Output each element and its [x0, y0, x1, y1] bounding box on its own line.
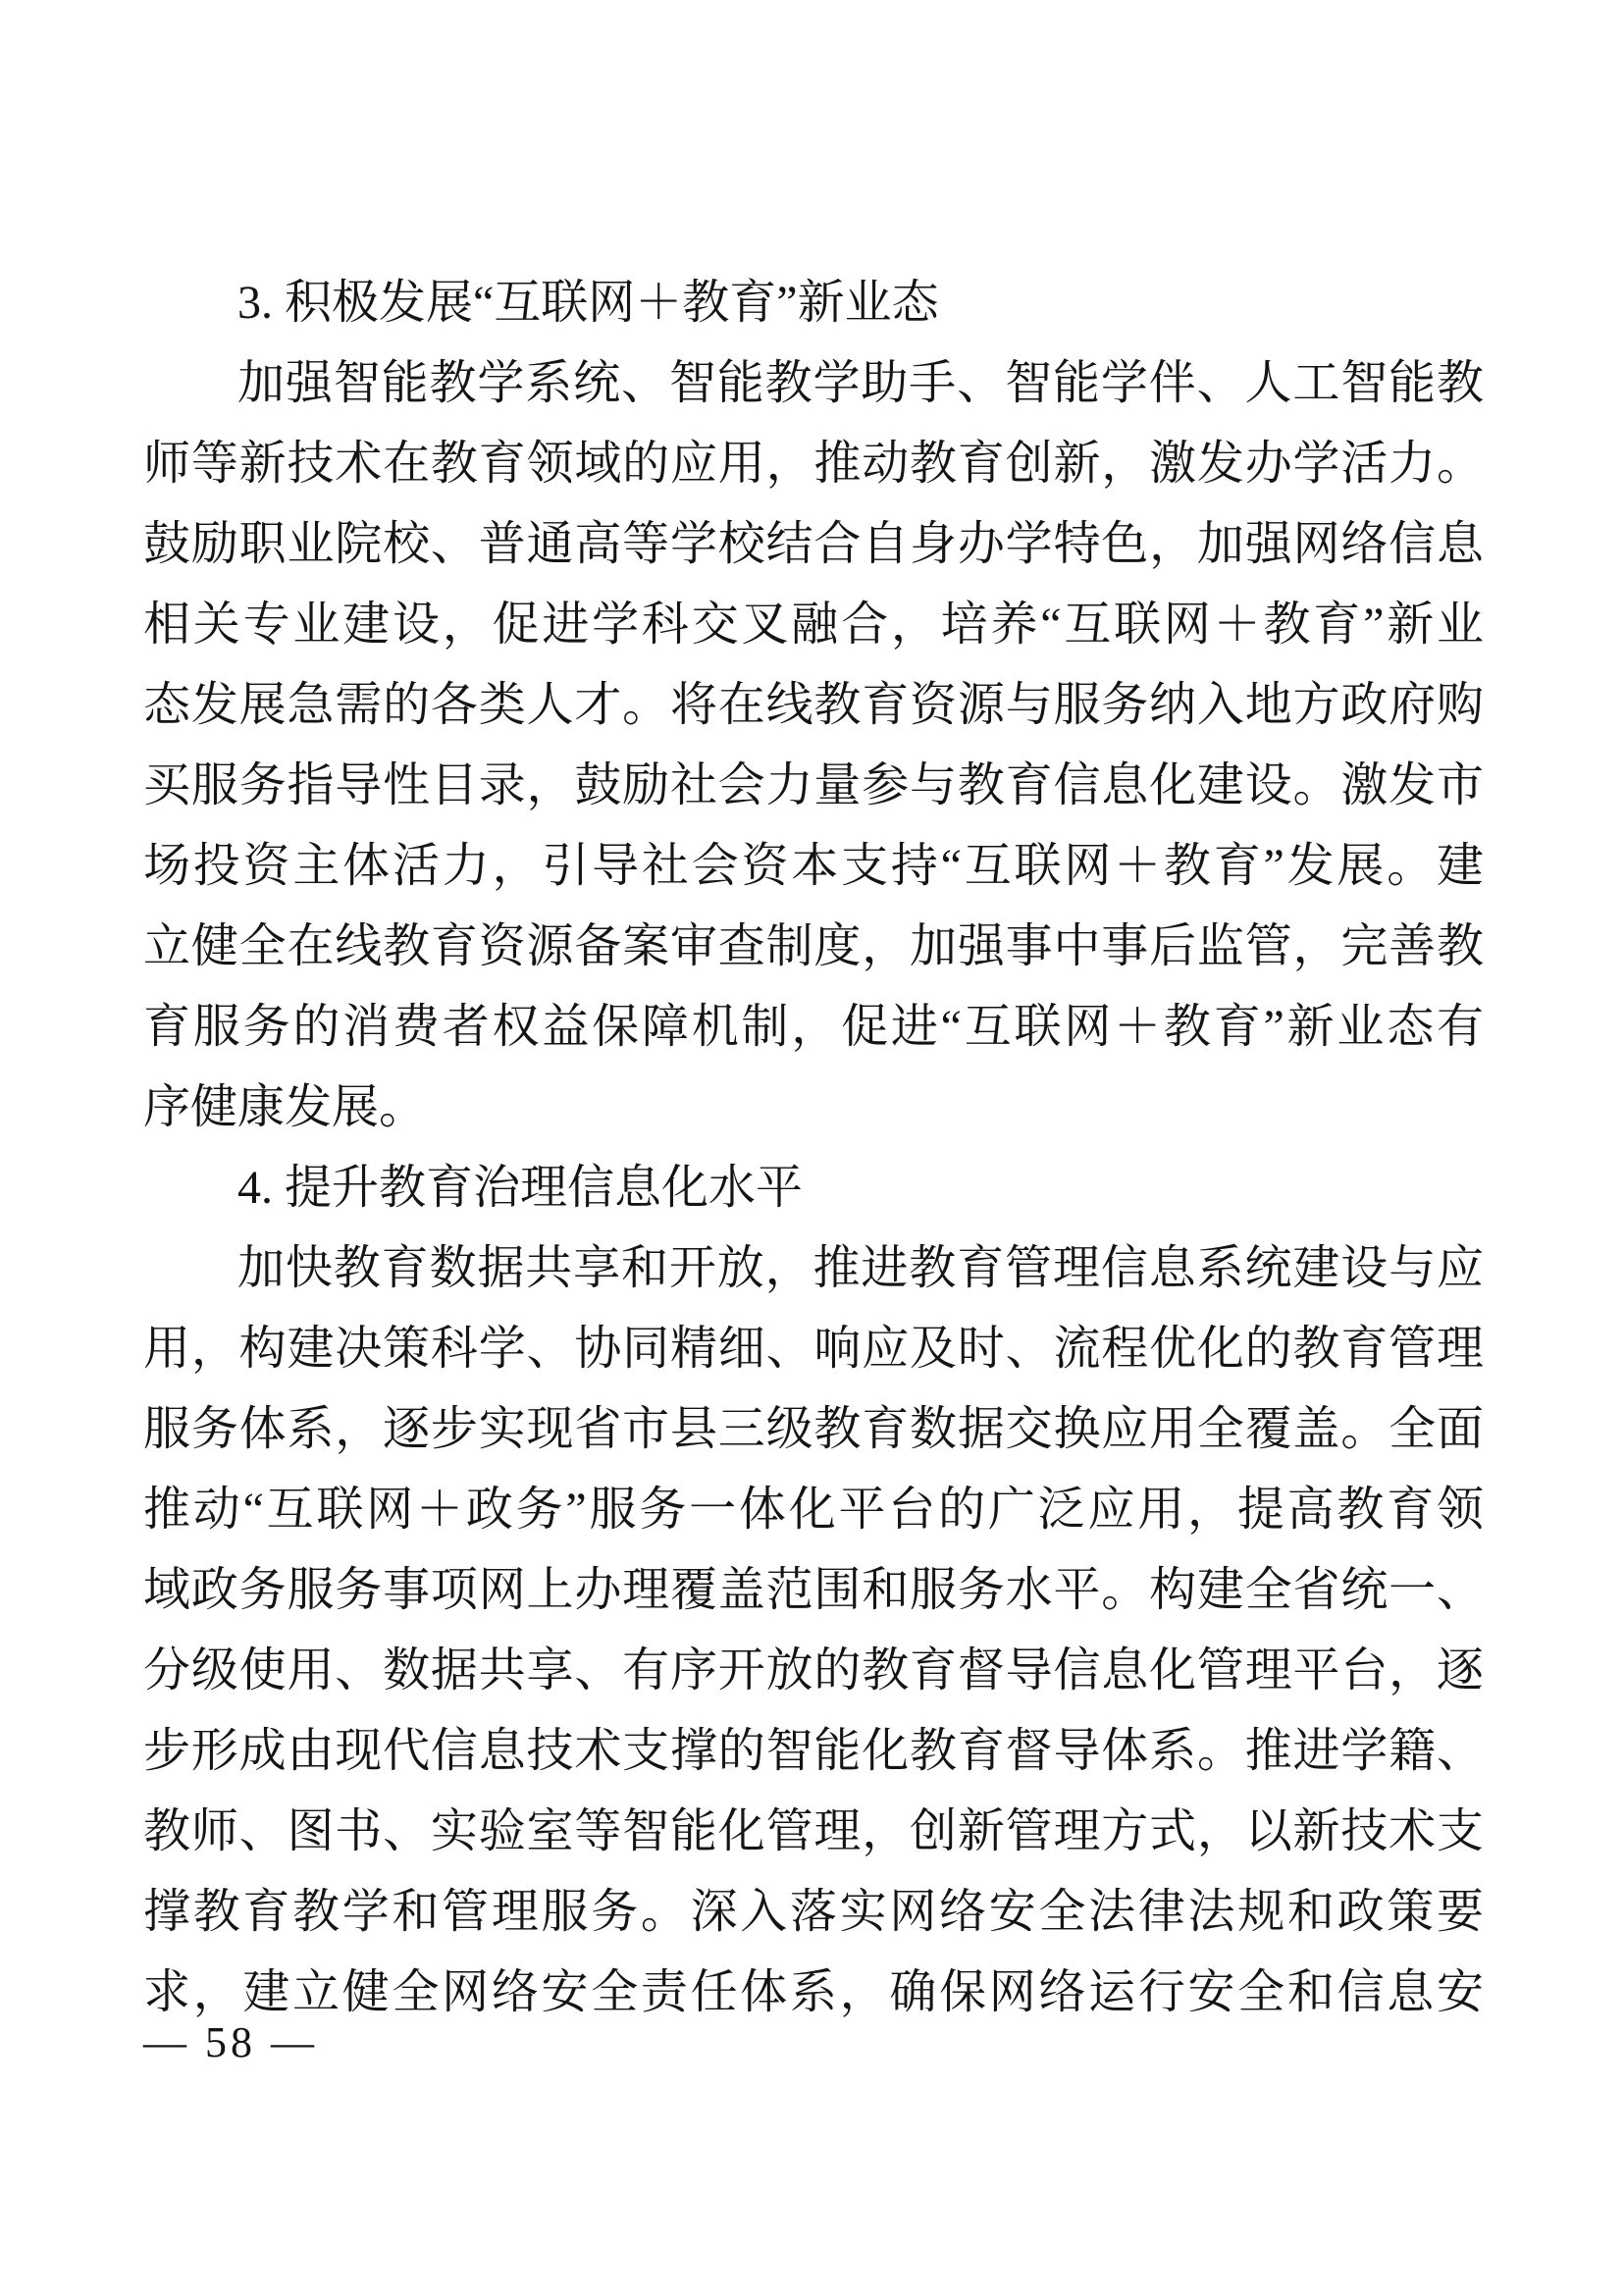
text-line: 撑教育教学和管理服务。深入落实网络安全法律法规和政策要 — [143, 1872, 1484, 1953]
text-line: 用，构建决策科学、协同精细、响应及时、流程优化的教育管理 — [143, 1309, 1484, 1389]
text-line: 分级使用、数据共享、有序开放的教育督导信息化管理平台，逐 — [143, 1631, 1484, 1711]
text-line: 鼓励职业院校、普通高等学校结合自身办学特色，加强网络信息 — [143, 504, 1484, 585]
text-line: 域政务服务事项网上办理覆盖范围和服务水平。构建全省统一、 — [143, 1550, 1484, 1631]
text-line: 相关专业建设，促进学科交叉融合，培养“互联网＋教育”新业 — [143, 585, 1484, 665]
section-heading-3: 3. 积极发展“互联网＋教育”新业态 — [143, 263, 1484, 343]
text-line: 师等新技术在教育领域的应用，推动教育创新，激发办学活力。 — [143, 424, 1484, 504]
text-block: 3. 积极发展“互联网＋教育”新业态 加强智能教学系统、智能教学助手、智能学伴、… — [143, 263, 1484, 2033]
text-line: 加快教育数据共享和开放，推进教育管理信息系统建设与应 — [143, 1228, 1484, 1309]
text-line: 求，建立健全网络安全责任体系，确保网络运行安全和信息安 — [143, 1953, 1484, 2033]
text-line: 场投资主体活力，引导社会资本支持“互联网＋教育”发展。建 — [143, 826, 1484, 907]
page-number: — 58 — — [143, 2013, 318, 2072]
text-line: 买服务指导性目录，鼓励社会力量参与教育信息化建设。激发市 — [143, 746, 1484, 826]
section-heading-4: 4. 提升教育治理信息化水平 — [143, 1148, 1484, 1228]
text-line: 序健康发展。 — [143, 1068, 1484, 1148]
text-line: 步形成由现代信息技术支撑的智能化教育督导体系。推进学籍、 — [143, 1711, 1484, 1792]
document-page: 3. 积极发展“互联网＋教育”新业态 加强智能教学系统、智能教学助手、智能学伴、… — [0, 0, 1624, 2296]
text-line: 推动“互联网＋政务”服务一体化平台的广泛应用，提高教育领 — [143, 1470, 1484, 1550]
text-line: 教师、图书、实验室等智能化管理，创新管理方式，以新技术支 — [143, 1792, 1484, 1872]
text-line: 态发展急需的各类人才。将在线教育资源与服务纳入地方政府购 — [143, 665, 1484, 746]
text-line: 加强智能教学系统、智能教学助手、智能学伴、人工智能教 — [143, 343, 1484, 424]
text-line: 服务体系，逐步实现省市县三级教育数据交换应用全覆盖。全面 — [143, 1389, 1484, 1470]
text-line: 立健全在线教育资源备案审查制度，加强事中事后监管，完善教 — [143, 907, 1484, 987]
text-line: 育服务的消费者权益保障机制，促进“互联网＋教育”新业态有 — [143, 987, 1484, 1068]
